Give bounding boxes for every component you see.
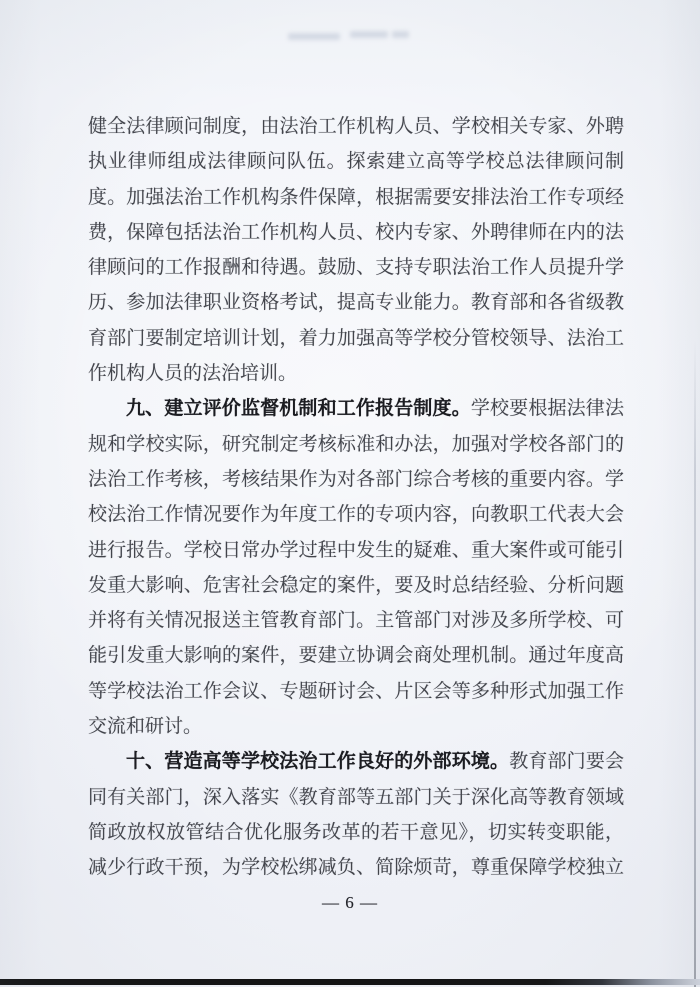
- body-text-segment: 法治工作考核，考核结果作为对各部门综合考核的重要内容。学: [88, 469, 624, 490]
- text-line: 度。加强法治工作机构条件保障，根据需要安排法治工作专项经: [88, 180, 624, 215]
- text-line: 律顾问的工作报酬和待遇。鼓励、支持专职法治工作人员提升学: [88, 250, 624, 285]
- ink-smudge: [392, 31, 409, 38]
- body-text-segment: 同有关部门，深入落实《教育部等五部门关于深化高等教育领域: [88, 787, 624, 808]
- text-line: 育部门要制定培训计划，着力加强高等学校分管校领导、法治工: [88, 321, 624, 356]
- section-heading-segment: 十、营造高等学校法治工作良好的外部环境。: [126, 751, 509, 772]
- body-text-segment: 并将有关情况报送主管教育部门。主管部门对涉及多所学校、可: [88, 610, 624, 631]
- text-line: 等学校法治工作会议、专题研讨会、片区会等多种形式加强工作: [88, 674, 624, 709]
- body-text-segment: 能引发重大影响的案件，要建立协调会商处理机制。通过年度高: [88, 645, 624, 666]
- body-text-segment: 发重大影响、危害社会稳定的案件，要及时总结经验、分析问题: [88, 575, 624, 596]
- scan-edge-line-right: [694, 340, 696, 987]
- text-line: 规和学校实际，研究制定考核标准和办法，加强对学校各部门的: [88, 427, 624, 462]
- body-text-segment: 度。加强法治工作机构条件保障，根据需要安排法治工作专项经: [88, 187, 624, 208]
- body-text-segment: 等学校法治工作会议、专题研讨会、片区会等多种形式加强工作: [88, 681, 624, 702]
- body-text-segment: 育部门要制定培训计划，着力加强高等学校分管校领导、法治工: [88, 328, 624, 349]
- body-text-segment: 简政放权放管结合优化服务改革的若干意见》，切实转变职能，: [88, 822, 624, 843]
- text-line: 同有关部门，深入落实《教育部等五部门关于深化高等教育领域: [88, 780, 624, 815]
- body-text-segment: 健全法律顾问制度，由法治工作机构人员、学校相关专家、外聘: [88, 116, 624, 137]
- body-text-segment: 校法治工作情况要作为年度工作的专项内容，向教职工代表大会: [88, 504, 624, 525]
- scan-edge-strip-bottom: [0, 979, 700, 985]
- text-line: 交流和研讨。: [88, 709, 624, 744]
- text-line: 减少行政干预，为学校松绑减负、简除烦苛，尊重保障学校独立: [88, 850, 624, 885]
- text-line: 健全法律顾问制度，由法治工作机构人员、学校相关专家、外聘: [88, 109, 624, 144]
- text-line: 简政放权放管结合优化服务改革的若干意见》，切实转变职能，: [88, 815, 624, 850]
- text-line: 九、建立评价监督机制和工作报告制度。学校要根据法律法: [88, 391, 624, 426]
- text-line: 费，保障包括法治工作机构人员、校内专家、外聘律师在内的法: [88, 215, 624, 250]
- text-line: 十、营造高等学校法治工作良好的外部环境。教育部门要会: [88, 744, 624, 779]
- text-line: 进行报告。学校日常办学过程中发生的疑难、重大案件或可能引: [88, 533, 624, 568]
- body-text-segment: 教育部门要会: [509, 751, 624, 772]
- body-text-segment: 学校要根据法律法: [471, 398, 624, 419]
- text-line: 并将有关情况报送主管教育部门。主管部门对涉及多所学校、可: [88, 603, 624, 638]
- body-text-segment: 减少行政干预，为学校松绑减负、简除烦苛，尊重保障学校独立: [88, 857, 624, 878]
- page-number: — 6 —: [0, 893, 700, 913]
- text-line: 法治工作考核，考核结果作为对各部门综合考核的重要内容。学: [88, 462, 624, 497]
- body-text-segment: 费，保障包括法治工作机构人员、校内专家、外聘律师在内的法: [88, 222, 624, 243]
- document-body: 健全法律顾问制度，由法治工作机构人员、学校相关专家、外聘执业律师组成法律顾问队伍…: [88, 109, 624, 886]
- text-line: 发重大影响、危害社会稳定的案件，要及时总结经验、分析问题: [88, 568, 624, 603]
- body-text-segment: 执业律师组成法律顾问队伍。探索建立高等学校总法律顾问制: [88, 151, 624, 172]
- section-heading-segment: 九、建立评价监督机制和工作报告制度。: [126, 398, 471, 419]
- ink-smudge: [288, 33, 340, 40]
- text-line: 作机构人员的法治培训。: [88, 356, 624, 391]
- body-text-segment: 作机构人员的法治培训。: [88, 363, 297, 384]
- body-text-segment: 律顾问的工作报酬和待遇。鼓励、支持专职法治工作人员提升学: [88, 257, 624, 278]
- text-line: 执业律师组成法律顾问队伍。探索建立高等学校总法律顾问制: [88, 144, 624, 179]
- text-line: 校法治工作情况要作为年度工作的专项内容，向教职工代表大会: [88, 497, 624, 532]
- scanned-document-page: 健全法律顾问制度，由法治工作机构人员、学校相关专家、外聘执业律师组成法律顾问队伍…: [0, 0, 700, 987]
- ink-smudge: [350, 31, 388, 38]
- text-line: 历、参加法律职业资格考试，提高专业能力。教育部和各省级教: [88, 285, 624, 320]
- body-text-segment: 历、参加法律职业资格考试，提高专业能力。教育部和各省级教: [88, 292, 624, 313]
- body-text-segment: 交流和研讨。: [88, 716, 202, 737]
- text-line: 能引发重大影响的案件，要建立协调会商处理机制。通过年度高: [88, 638, 624, 673]
- body-text-segment: 进行报告。学校日常办学过程中发生的疑难、重大案件或可能引: [88, 540, 624, 561]
- body-text-segment: 规和学校实际，研究制定考核标准和办法，加强对学校各部门的: [88, 434, 624, 455]
